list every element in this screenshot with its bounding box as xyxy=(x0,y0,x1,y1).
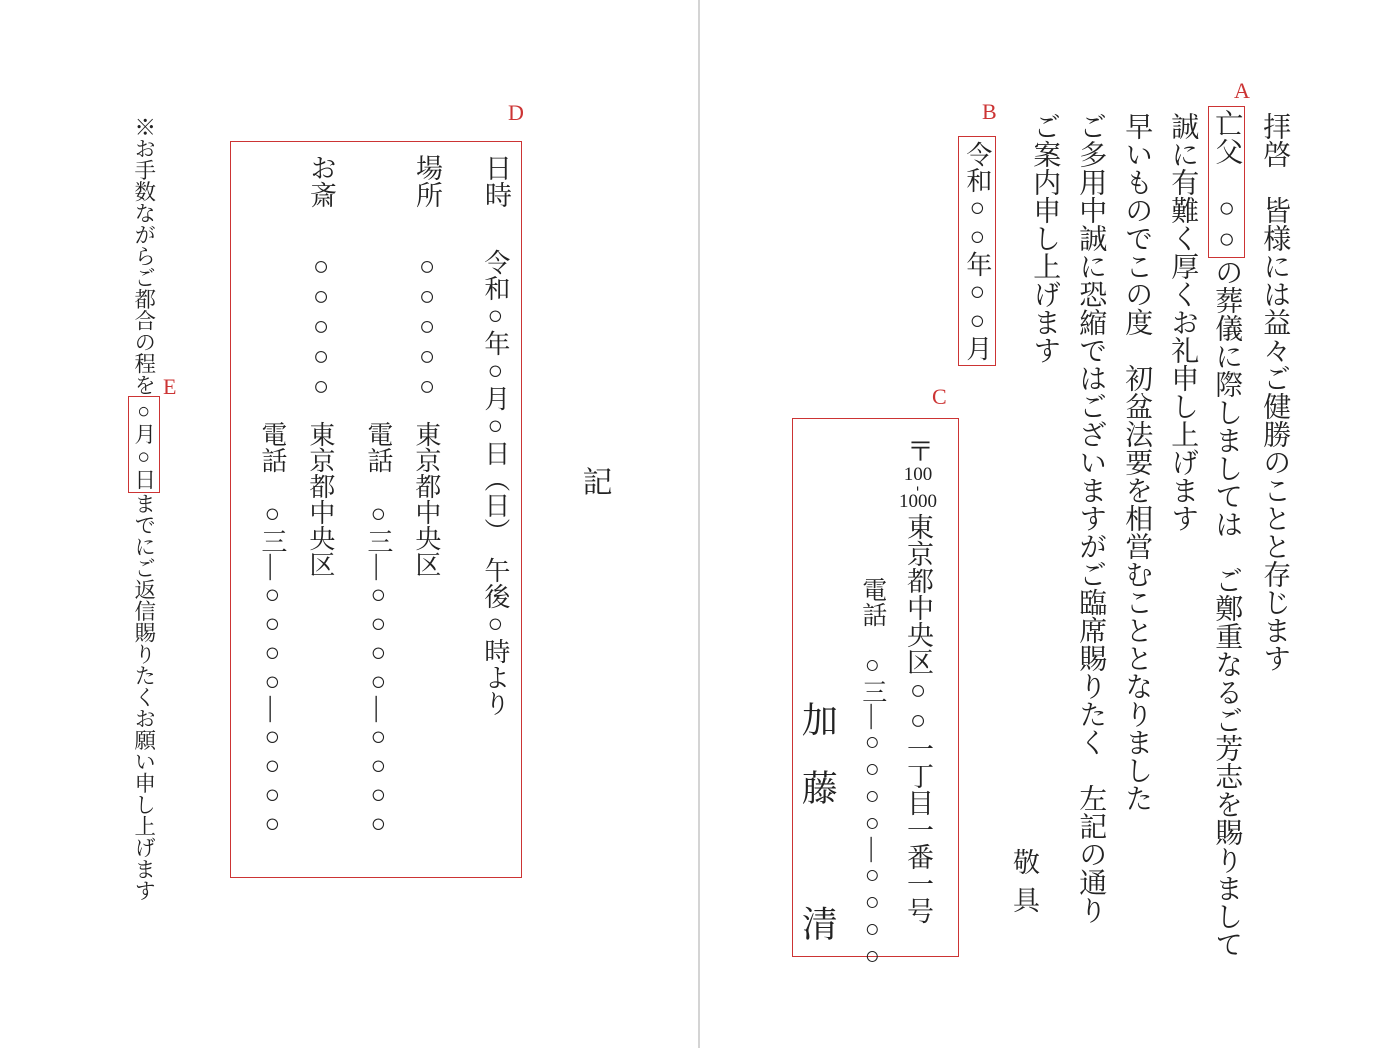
meal-address: 東京都中央区 xyxy=(305,421,335,577)
reply-note-column: ※お手数ながらご都合の程を○月○日までにご返信賜りたくお願い申し上げます xyxy=(131,116,156,901)
sender-address: 東京都中央区○○一丁目一番一号 xyxy=(903,513,933,924)
sender-box: 〒100-1000東京都中央区○○一丁目一番一号 電話 ○三―○○○○―○○○○… xyxy=(792,418,959,957)
reply-note-after: までにご返信賜りたくお願い申し上げます xyxy=(132,493,156,902)
venue-label: 場所 xyxy=(411,154,442,208)
letter-thanks-line: 誠に有難く厚くお礼申し上げます xyxy=(1166,112,1198,532)
letter-announcement-line: 早いものでこの度 初盆法要を相営むこととなりました xyxy=(1120,112,1152,812)
meal-label: お斎 xyxy=(305,154,336,208)
deceased-name-box: 亡父 ○○ xyxy=(1208,106,1245,258)
page-divider xyxy=(698,0,700,1048)
venue-name: ○○○○○ xyxy=(411,251,442,401)
annotation-label-a: A xyxy=(1234,80,1250,102)
deceased-name-text: 亡父 ○○ xyxy=(1211,109,1242,255)
letter-invitation-line: ご多用中誠に恐縮ではございますがご臨席賜りたく 左記の通り xyxy=(1074,112,1106,924)
letter-closing: 敬具 xyxy=(1008,848,1039,924)
postal-mark: 〒 xyxy=(903,437,933,464)
postal-code-second: 1000 xyxy=(899,491,937,513)
venue-phone: 電話 ○三―○○○○―○○○○ xyxy=(363,421,393,838)
reply-deadline-box: ○月○日 xyxy=(128,396,160,493)
annotation-label-c: C xyxy=(932,386,947,408)
annotation-label-b: B xyxy=(982,101,997,123)
sender-phone: 電話 ○三―○○○○―○○○○ xyxy=(857,577,886,970)
details-box: 日時 令和○年○月○日（日） 午後○時より 場所 ○○○○○ 東京都中央区 電話… xyxy=(230,141,522,878)
datetime-value: 令和○年○月○日（日） 午後○時より xyxy=(480,249,510,716)
meal-phone: 電話 ○三―○○○○―○○○○ xyxy=(257,421,287,838)
memorial-letter-sheet: A B C D E 拝啓 皆様には益々ご健勝のことと存じます 亡父 ○○の葬儀に… xyxy=(0,0,1400,1048)
letter-guide-line: ご案内申し上げます xyxy=(1028,112,1060,364)
letter-opening-line: 拝啓 皆様には益々ご健勝のことと存じます xyxy=(1258,112,1290,672)
reply-deadline-text: ○月○日 xyxy=(132,399,156,490)
letter-line-deceased-rest: の葬儀に際しましては ご鄭重なるご芳志を賜りまして xyxy=(1211,258,1242,958)
letter-line-deceased: 亡父 ○○の葬儀に際しましては ご鄭重なるご芳志を賜りまして xyxy=(1210,106,1242,958)
meal-name: ○○○○○ xyxy=(305,251,336,401)
postal-code-first: 100 xyxy=(904,464,933,486)
reply-note-before: ※お手数ながらご都合の程を xyxy=(132,116,156,396)
annotation-label-d: D xyxy=(508,102,524,124)
datetime-label: 日時 xyxy=(480,154,511,208)
details-heading: 記 xyxy=(576,466,611,496)
letter-date-box: 令和○○年○○月 xyxy=(958,136,996,366)
sender-address-column: 〒100-1000東京都中央区○○一丁目一番一号 xyxy=(899,437,937,924)
venue-address: 東京都中央区 xyxy=(411,421,441,577)
sender-name: 加藤 清 xyxy=(796,701,837,973)
annotation-label-e: E xyxy=(163,376,176,398)
